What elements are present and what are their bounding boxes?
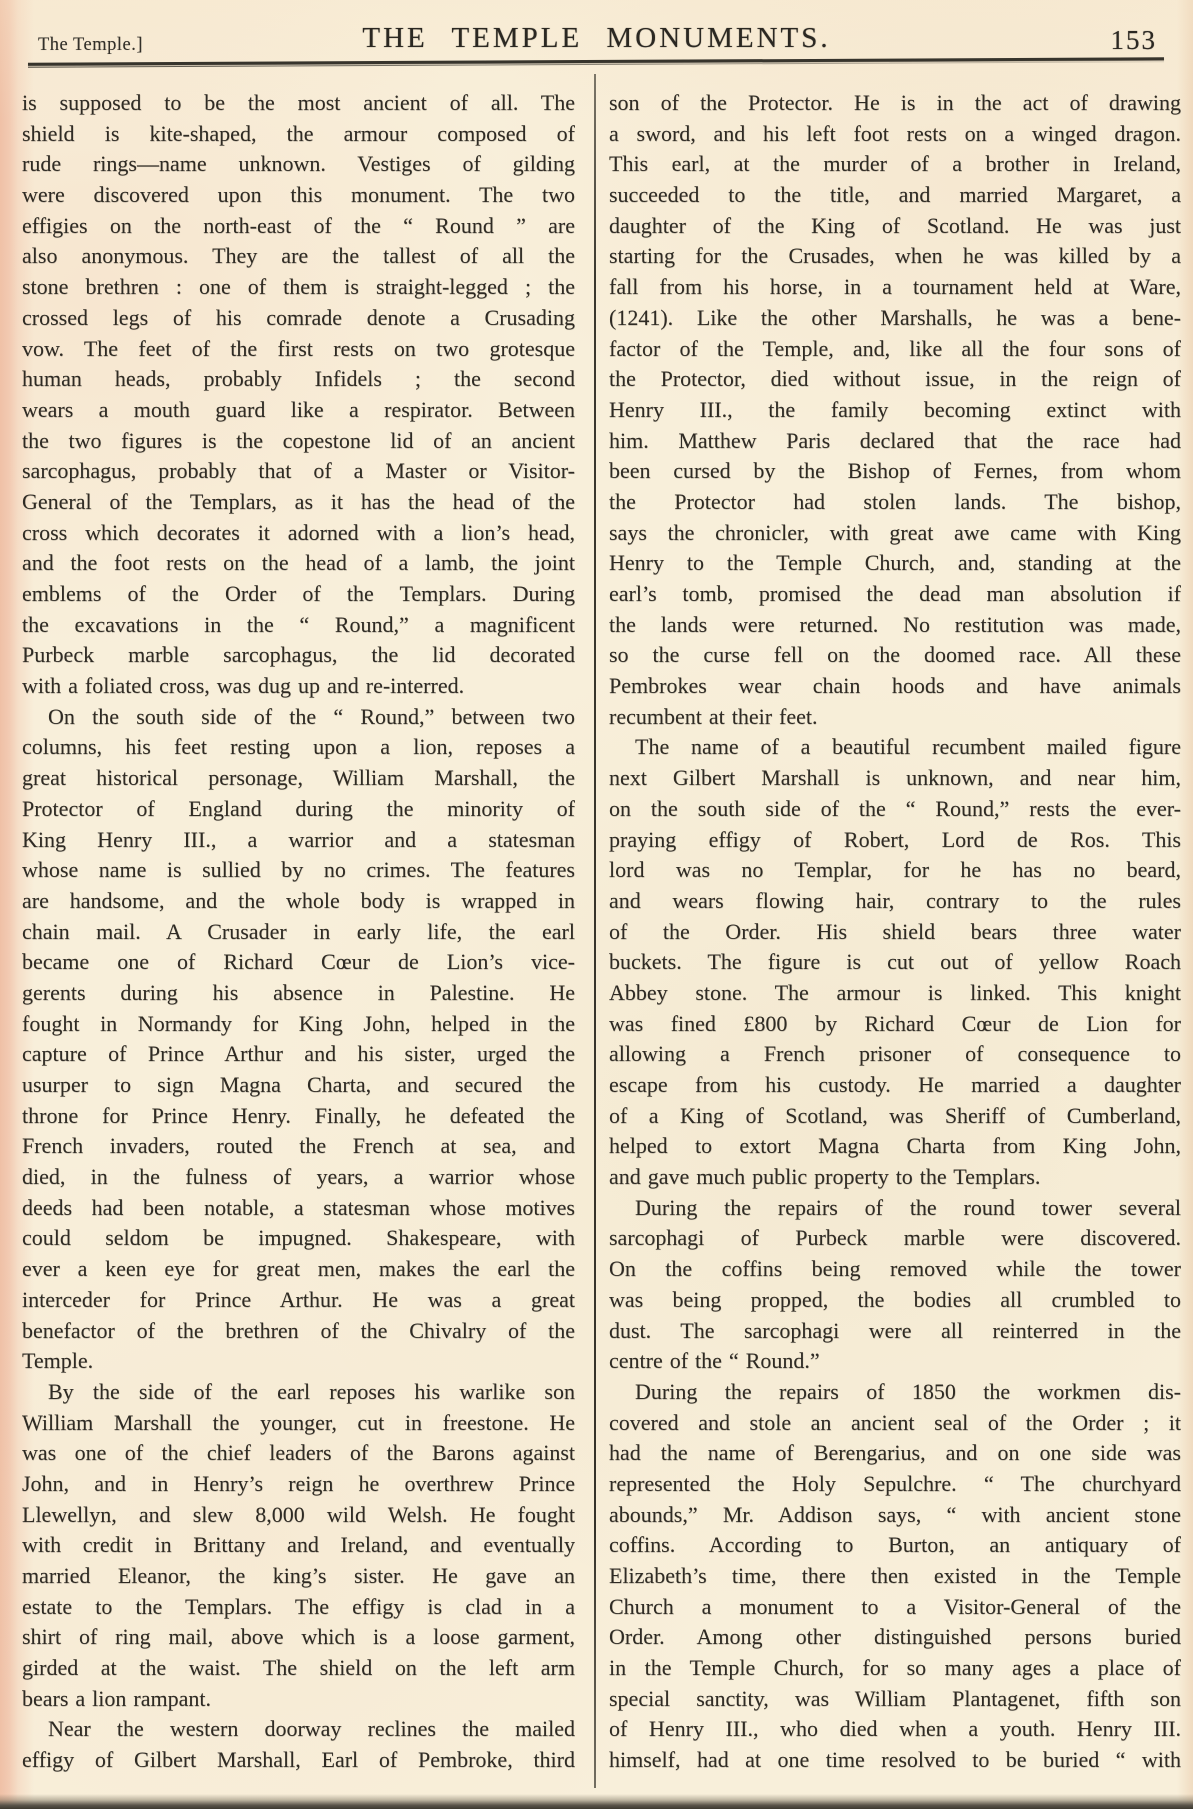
text-line: recumbent at their feet. (609, 702, 1181, 733)
text-line: vow. The feet of the first rests on two … (22, 334, 575, 365)
text-line: so the curse fell on the doomed race. Al… (609, 640, 1181, 671)
text-line: lord was no Templar, for he has no beard… (609, 855, 1181, 886)
text-line: deeds had been notable, a statesman whos… (22, 1193, 575, 1224)
text-line: could seldom be impugned. Shakespeare, w… (22, 1223, 575, 1254)
text-line: covered and stole an ancient seal of the… (609, 1408, 1181, 1439)
text-line: succeeded to the title, and married Marg… (609, 180, 1181, 211)
text-line: capture of Prince Arthur and his sister,… (22, 1039, 575, 1070)
text-line: effigy of Gilbert Marshall, Earl of Pemb… (22, 1745, 575, 1776)
paragraph: The name of a beautiful recumbent mailed… (609, 732, 1181, 1192)
paragraph: On the south side of the “ Round,” betwe… (22, 702, 575, 1377)
text-line: special sanctity, was William Plantagene… (609, 1684, 1181, 1715)
text-line: ever a keen eye for great men, makes the… (22, 1254, 575, 1285)
text-line: starting for the Crusades, when he was k… (609, 241, 1181, 272)
text-line: buckets. The figure is cut out of yellow… (609, 947, 1181, 978)
text-line: son of the Protector. He is in the act o… (609, 88, 1181, 119)
text-line: himself, had at one time resolved to be … (609, 1745, 1181, 1776)
text-line: Church a monument to a Visitor-General o… (609, 1592, 1181, 1623)
text-line: was one of the chief leaders of the Baro… (22, 1438, 575, 1469)
text-line: bears a lion rampant. (22, 1684, 575, 1715)
text-line: earl’s tomb, promised the dead man absol… (609, 579, 1181, 610)
text-line: factor of the Temple, and, like all the … (609, 334, 1181, 365)
text-line: and wears flowing hair, contrary to the … (609, 886, 1181, 917)
text-line: Near the western doorway reclines the ma… (22, 1714, 575, 1745)
paragraph: is supposed to be the most ancient of al… (22, 88, 575, 702)
text-line: During the repairs of 1850 the workmen d… (609, 1377, 1181, 1408)
text-line: Elizabeth’s time, there then existed in … (609, 1561, 1181, 1592)
text-line: whose name is sullied by no crimes. The … (22, 855, 575, 886)
scan-bottom-edge (0, 1794, 1193, 1809)
text-line: William Marshall the younger, cut in fre… (22, 1408, 575, 1439)
text-line: of Henry III., who died when a youth. He… (609, 1714, 1181, 1745)
text-line: of a King of Scotland, was Sheriff of Cu… (609, 1101, 1181, 1132)
text-line: was fined £800 by Richard Cœur de Lion f… (609, 1009, 1181, 1040)
text-line: Llewellyn, and slew 8,000 wild Welsh. He… (22, 1500, 575, 1531)
text-line: him. Matthew Paris declared that the rac… (609, 426, 1181, 457)
text-line: On the coffins being removed while the t… (609, 1254, 1181, 1285)
text-line: the Protector, died without issue, in th… (609, 364, 1181, 395)
text-line: The name of a beautiful recumbent mailed… (609, 732, 1181, 763)
text-line: says the chronicler, with great awe came… (609, 518, 1181, 549)
text-line: interceder for Prince Arthur. He was a g… (22, 1285, 575, 1316)
page-number: 153 (1111, 25, 1158, 56)
text-line: centre of the “ Round.” (609, 1346, 1181, 1377)
text-line: chain mail. A Crusader in early life, th… (22, 917, 575, 948)
text-line: crossed legs of his comrade denote a Cru… (22, 303, 575, 334)
text-line: dust. The sarcophagi were all reinterred… (609, 1316, 1181, 1347)
text-line: emblems of the Order of the Templars. Du… (22, 579, 575, 610)
text-line: the lands were returned. No restitution … (609, 610, 1181, 641)
text-line: been cursed by the Bishop of Fernes, fro… (609, 456, 1181, 487)
text-line: columns, his feet resting upon a lion, r… (22, 732, 575, 763)
text-line: girded at the waist. The shield on the l… (22, 1653, 575, 1684)
text-line: was being propped, the bodies all crumbl… (609, 1285, 1181, 1316)
text-line: and the foot rests on the head of a lamb… (22, 548, 575, 579)
text-line: the excavations in the “ Round,” a magni… (22, 610, 575, 641)
text-line: (1241). Like the other Marshalls, he was… (609, 303, 1181, 334)
text-line: of the Order. His shield bears three wat… (609, 917, 1181, 948)
text-line: sarcophagus, probably that of a Master o… (22, 456, 575, 487)
text-line: married Eleanor, the king’s sister. He g… (22, 1561, 575, 1592)
text-line: praying effigy of Robert, Lord de Ros. T… (609, 825, 1181, 856)
text-line: estate to the Templars. The effigy is cl… (22, 1592, 575, 1623)
text-line: is supposed to be the most ancient of al… (22, 88, 575, 119)
text-line: great historical personage, William Mars… (22, 763, 575, 794)
text-line: with a foliated cross, was dug up and re… (22, 671, 575, 702)
text-line: throne for Prince Henry. Finally, he def… (22, 1101, 575, 1132)
text-line: During the repairs of the round tower se… (609, 1193, 1181, 1224)
text-line: Pembrokes wear chain hoods and have anim… (609, 671, 1181, 702)
text-line: Henry III., the family becoming extinct … (609, 395, 1181, 426)
text-line: stone brethren : one of them is straight… (22, 272, 575, 303)
paragraph: During the repairs of the round tower se… (609, 1193, 1181, 1377)
column-right: son of the Protector. He is in the act o… (609, 88, 1181, 1776)
text-line: the Protector had stolen lands. The bish… (609, 487, 1181, 518)
text-line: usurper to sign Magna Charta, and secure… (22, 1070, 575, 1101)
page-title: THE TEMPLE MONUMENTS. (0, 22, 1193, 55)
text-line: became one of Richard Cœur de Lion’s vic… (22, 947, 575, 978)
text-line: a sword, and his left foot rests on a wi… (609, 119, 1181, 150)
text-line: effigies on the north-east of the “ Roun… (22, 211, 575, 242)
paragraph: Near the western doorway reclines the ma… (22, 1714, 575, 1775)
text-line: On the south side of the “ Round,” betwe… (22, 702, 575, 733)
column-left: is supposed to be the most ancient of al… (22, 88, 575, 1776)
text-line: benefactor of the brethren of the Chival… (22, 1316, 575, 1347)
text-line: in the Temple Church, for so many ages a… (609, 1653, 1181, 1684)
text-line: Purbeck marble sarcophagus, the lid deco… (22, 640, 575, 671)
text-line: General of the Templars, as it has the h… (22, 487, 575, 518)
text-line: gerents during his absence in Palestine.… (22, 978, 575, 1009)
text-line: are handsome, and the whole body is wrap… (22, 886, 575, 917)
text-line: with credit in Brittany and Ireland, and… (22, 1530, 575, 1561)
text-line: escape from his custody. He married a da… (609, 1070, 1181, 1101)
text-line: daughter of the King of Scotland. He was… (609, 211, 1181, 242)
paragraph: During the repairs of 1850 the workmen d… (609, 1377, 1181, 1776)
text-line: the two figures is the copestone lid of … (22, 426, 575, 457)
text-line: Henry to the Temple Church, and, standin… (609, 548, 1181, 579)
text-line: By the side of the earl reposes his warl… (22, 1377, 575, 1408)
text-line: had the name of Berengarius, and on one … (609, 1438, 1181, 1469)
paragraph: By the side of the earl reposes his warl… (22, 1377, 575, 1715)
text-line: Abbey stone. The armour is linked. This … (609, 978, 1181, 1009)
text-line: next Gilbert Marshall is unknown, and ne… (609, 763, 1181, 794)
column-divider-rule (594, 74, 596, 1788)
text-line: allowing a French prisoner of consequenc… (609, 1039, 1181, 1070)
text-line: coffins. According to Burton, an antiqua… (609, 1530, 1181, 1561)
text-line: helped to extort Magna Charta from King … (609, 1131, 1181, 1162)
paragraph: son of the Protector. He is in the act o… (609, 88, 1181, 732)
text-line: fall from his horse, in a tournament hel… (609, 272, 1181, 303)
text-line: human heads, probably Infidels ; the sec… (22, 364, 575, 395)
text-line: represented the Holy Sepulchre. “ The ch… (609, 1469, 1181, 1500)
text-line: sarcophagi of Purbeck marble were discov… (609, 1223, 1181, 1254)
text-line: Protector of England during the minority… (22, 794, 575, 825)
text-line: cross which decorates it adorned with a … (22, 518, 575, 549)
text-line: French invaders, routed the French at se… (22, 1131, 575, 1162)
text-line: wears a mouth guard like a respirator. B… (22, 395, 575, 426)
text-line: fought in Normandy for King John, helped… (22, 1009, 575, 1040)
text-line: were discovered upon this monument. The … (22, 180, 575, 211)
text-line: shirt of ring mail, above which is a loo… (22, 1622, 575, 1653)
book-page-scan: The Temple.] THE TEMPLE MONUMENTS. 153 i… (0, 0, 1193, 1809)
text-line: Temple. (22, 1346, 575, 1377)
text-line: rude rings—name unknown. Vestiges of gil… (22, 149, 575, 180)
text-line: This earl, at the murder of a brother in… (609, 149, 1181, 180)
text-line: Order. Among other distinguished persons… (609, 1622, 1181, 1653)
text-line: King Henry III., a warrior and a statesm… (22, 825, 575, 856)
text-line: on the south side of the “ Round,” rests… (609, 794, 1181, 825)
text-line: and gave much public property to the Tem… (609, 1162, 1181, 1193)
text-line: abounds,” Mr. Addison says, “ with ancie… (609, 1500, 1181, 1531)
text-line: shield is kite-shaped, the armour compos… (22, 119, 575, 150)
text-line: John, and in Henry’s reign he overthrew … (22, 1469, 575, 1500)
text-line: also anonymous. They are the tallest of … (22, 241, 575, 272)
text-line: died, in the fulness of years, a warrior… (22, 1162, 575, 1193)
